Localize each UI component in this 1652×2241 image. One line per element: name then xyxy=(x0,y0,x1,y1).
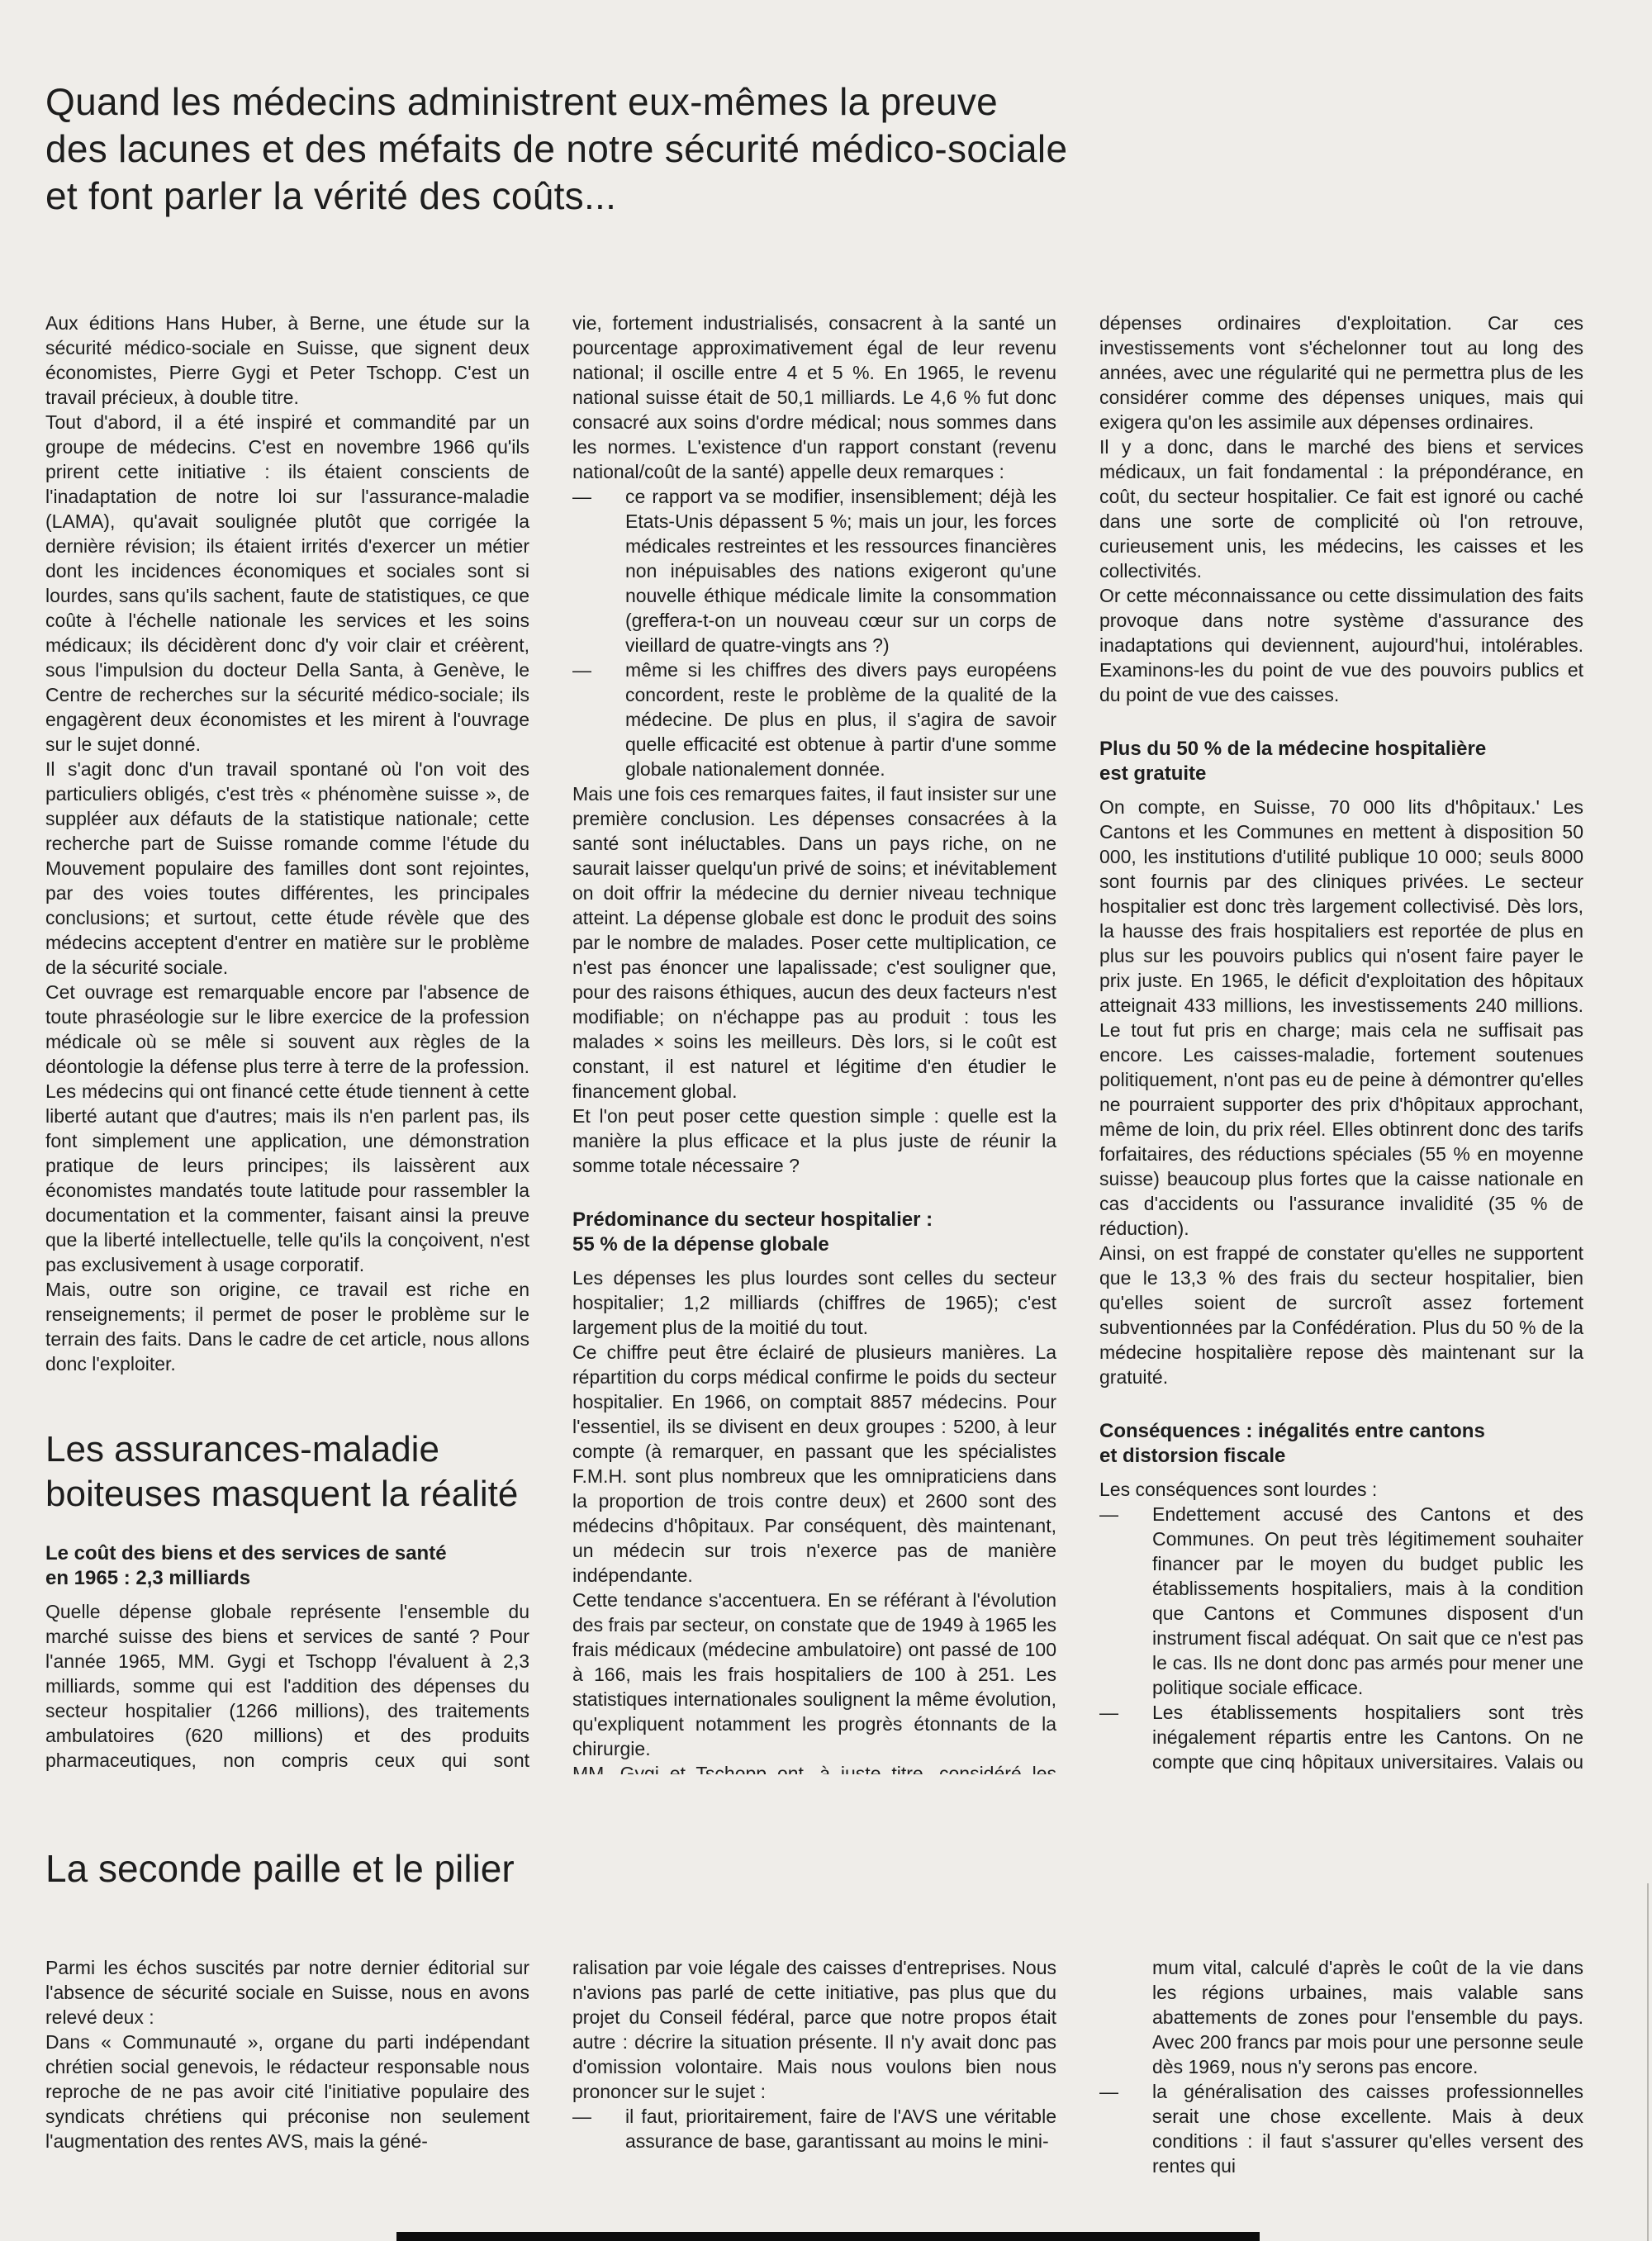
list-item: — ce rapport va se modifier, insensiblem… xyxy=(572,484,1056,658)
dash-marker: — xyxy=(1099,1700,1152,1774)
article-2-column-3: mum vital, calculé d'après le coût de la… xyxy=(1099,1955,1583,2232)
article-2-column-2: ralisation par voie légale des caisses d… xyxy=(572,1955,1056,2232)
paragraph: Cet ouvrage est remarquable encore par l… xyxy=(45,980,529,1277)
paragraph: Aux éditions Hans Huber, à Berne, une ét… xyxy=(45,311,529,410)
article-1-column-1: Aux éditions Hans Huber, à Berne, une ét… xyxy=(45,311,529,1774)
list-item: — la généralisation des caisses professi… xyxy=(1099,2079,1583,2178)
article-2-title: La seconde paille et le pilier xyxy=(45,1845,1607,1892)
paragraph: Ainsi, on est frappé de constater qu'ell… xyxy=(1099,1241,1583,1389)
section-heading: Les assurances-maladie boiteuses masquen… xyxy=(45,1427,529,1517)
paragraph: Ce chiffre peut être éclairé de plusieur… xyxy=(572,1340,1056,1588)
list-item-text: la généralisation des caisses profession… xyxy=(1152,2079,1583,2178)
dash-marker: — xyxy=(572,2104,625,2153)
paragraph: Les dépenses les plus lourdes sont celle… xyxy=(572,1265,1056,1340)
list-item: — il faut, prioritairement, faire de l'A… xyxy=(572,2104,1056,2153)
page-content: Quand les médecins administrent eux-même… xyxy=(0,0,1652,2232)
list-item: — Les établissements hospitaliers sont t… xyxy=(1099,1700,1583,1774)
paragraph: Et l'on peut poser cette question simple… xyxy=(572,1104,1056,1178)
article-1-column-2: vie, fortement industrialisés, consacren… xyxy=(572,311,1056,1774)
article-1-column-3: dépenses ordinaires d'exploitation. Car … xyxy=(1099,311,1583,1774)
paragraph: Mais, outre son origine, ce travail est … xyxy=(45,1277,529,1376)
list-item: — même si les chiffres des divers pays e… xyxy=(572,658,1056,781)
list-item: — Endettement accusé des Cantons et des … xyxy=(1099,1502,1583,1700)
list-item-text: ce rapport va se modifier, insensiblemen… xyxy=(625,484,1056,658)
paragraph: Mais une fois ces remarques faites, il f… xyxy=(572,781,1056,1104)
paragraph: MM. Gygi et Tschopp ont, à juste titre, … xyxy=(572,1761,1056,1774)
dash-marker: — xyxy=(1099,1502,1152,1700)
scan-bottom-bar xyxy=(396,2232,1260,2241)
paragraph: vie, fortement industrialisés, consacren… xyxy=(572,311,1056,484)
list-item-text: il faut, prioritairement, faire de l'AVS… xyxy=(625,2104,1056,2153)
list-item-text: Endettement accusé des Cantons et des Co… xyxy=(1152,1502,1583,1700)
list-item-continuation: mum vital, calculé d'après le coût de la… xyxy=(1099,1955,1583,2079)
article-2: La seconde paille et le pilier Parmi les… xyxy=(45,1845,1607,2232)
paragraph: Or cette méconnaissance ou cette dissimu… xyxy=(1099,583,1583,707)
paragraph: Cette tendance s'accentuera. En se référ… xyxy=(572,1588,1056,1761)
paragraph: Les conséquences sont lourdes : xyxy=(1099,1477,1583,1502)
scanned-newspaper-page: { "page": { "background": "#efede9", "te… xyxy=(0,0,1652,2241)
paragraph: On compte, en Suisse, 70 000 lits d'hôpi… xyxy=(1099,795,1583,1241)
article-1-columns: Aux éditions Hans Huber, à Berne, une ét… xyxy=(45,311,1607,1774)
paragraph: Parmi les échos suscités par notre derni… xyxy=(45,1955,529,2030)
paragraph: ralisation par voie légale des caisses d… xyxy=(572,1955,1056,2104)
article-1: Quand les médecins administrent eux-même… xyxy=(45,78,1607,1774)
paragraph: Quelle dépense globale représente l'ense… xyxy=(45,1599,529,1774)
subheading-consequences: Conséquences : inégalités entre cantons … xyxy=(1099,1419,1583,1469)
scan-edge-line xyxy=(1647,1883,1649,2241)
paragraph: Il s'agit donc d'un travail spontané où … xyxy=(45,757,529,980)
paragraph: dépenses ordinaires d'exploitation. Car … xyxy=(1099,311,1583,434)
paragraph: Il y a donc, dans le marché des biens et… xyxy=(1099,434,1583,583)
paragraph: Tout d'abord, il a été inspiré et comman… xyxy=(45,410,529,757)
article-1-title: Quand les médecins administrent eux-même… xyxy=(45,78,1607,220)
list-item-text: même si les chiffres des divers pays eur… xyxy=(625,658,1056,781)
article-2-column-1: Parmi les échos suscités par notre derni… xyxy=(45,1955,529,2232)
subheading-cost-of-health: Le coût des biens et des services de san… xyxy=(45,1541,529,1591)
subheading-hospital-predominance: Prédominance du secteur hospitalier : 55… xyxy=(572,1208,1056,1257)
subheading-free-hospital-medicine: Plus du 50 % de la médecine hospitalière… xyxy=(1099,737,1583,786)
list-item-text: Les établissements hospitaliers sont trè… xyxy=(1152,1700,1583,1774)
article-2-columns: Parmi les échos suscités par notre derni… xyxy=(45,1955,1607,2232)
dash-marker: — xyxy=(1099,2079,1152,2178)
paragraph: Dans « Communauté », organe du parti ind… xyxy=(45,2030,529,2153)
dash-marker: — xyxy=(572,484,625,658)
dash-marker: — xyxy=(572,658,625,781)
